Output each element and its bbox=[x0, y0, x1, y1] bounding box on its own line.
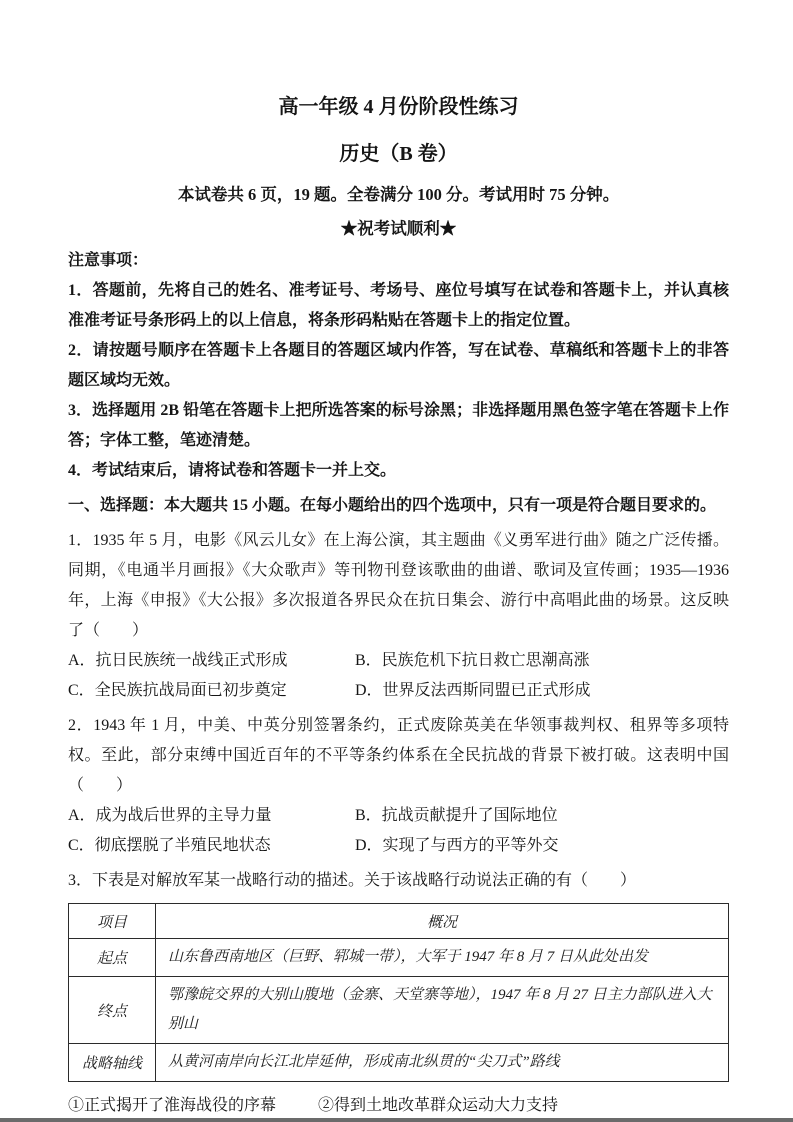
table-row-axis: 战略轴线 从黄河南岸向长江北岸延伸，形成南北纵贯的“尖刀式”路线 bbox=[69, 1044, 729, 1082]
question-1-option-d: D．世界反法西斯同盟已正式形成 bbox=[355, 676, 729, 706]
question-2-option-d: D．实现了与西方的平等外交 bbox=[355, 831, 729, 861]
table-row-label: 终点 bbox=[69, 977, 156, 1044]
notice-item-4: 4．考试结束后，请将试卷和答题卡一并上交。 bbox=[68, 456, 729, 486]
table-row-value: 从黄河南岸向长江北岸延伸，形成南北纵贯的“尖刀式”路线 bbox=[156, 1044, 729, 1082]
exam-content: 高一年级 4 月份阶段性练习 历史（B 卷） 本试卷共 6 页，19 题。全卷满… bbox=[0, 0, 793, 1121]
question-2: 2．1943 年 1 月，中美、中英分别签署条约，正式废除英美在华领事裁判权、租… bbox=[68, 711, 729, 861]
exam-title: 高一年级 4 月份阶段性练习 bbox=[68, 94, 729, 120]
table-row-value: 鄂豫皖交界的大别山腹地（金寨、天堂寨等地），1947 年 8 月 27 日主力部… bbox=[156, 977, 729, 1044]
table-row-start: 起点 山东鲁西南地区（巨野、郓城一带），大军于 1947 年 8 月 7 日从此… bbox=[69, 939, 729, 977]
table-header-overview: 概况 bbox=[156, 904, 729, 939]
question-3-stem: 3．下表是对解放军某一战略行动的描述。关于该战略行动说法正确的有（ ） bbox=[68, 866, 729, 896]
statement-1: ①正式揭开了淮海战役的序幕 bbox=[68, 1097, 276, 1114]
exam-info-line: 本试卷共 6 页，19 题。全卷满分 100 分。考试用时 75 分钟。 bbox=[68, 183, 729, 207]
exam-subject: 历史（B 卷） bbox=[68, 141, 729, 167]
question-3: 3．下表是对解放军某一战略行动的描述。关于该战略行动说法正确的有（ ） 项目 概… bbox=[68, 866, 729, 1121]
question-1-stem: 1．1935 年 5 月，电影《风云儿女》在上海公演，其主题曲《义勇军进行曲》随… bbox=[68, 526, 729, 646]
exam-wish-line: ★祝考试顺利★ bbox=[68, 217, 729, 241]
question-1-options: A．抗日民族统一战线正式形成 B．民族危机下抗日救亡思潮高涨 C．全民族抗战局面… bbox=[68, 646, 729, 706]
question-1: 1．1935 年 5 月，电影《风云儿女》在上海公演，其主题曲《义勇军进行曲》随… bbox=[68, 526, 729, 706]
notice-item-2: 2．请按题号顺序在答题卡上各题目的答题区域内作答，写在试卷、草稿纸和答题卡上的非… bbox=[68, 336, 729, 396]
question-2-options: A．成为战后世界的主导力量 B．抗战贡献提升了国际地位 C．彻底摆脱了半殖民地状… bbox=[68, 801, 729, 861]
exam-document: 高一年级 4 月份阶段性练习 历史（B 卷） 本试卷共 6 页，19 题。全卷满… bbox=[0, 0, 793, 1122]
table-row-label: 起点 bbox=[69, 939, 156, 977]
notice-item-1: 1．答题前，先将自己的姓名、准考证号、考场号、座位号填写在试卷和答题卡上，并认真… bbox=[68, 276, 729, 336]
question-2-stem: 2．1943 年 1 月，中美、中英分别签署条约，正式废除英美在华领事裁判权、租… bbox=[68, 711, 729, 801]
page-bottom-edge bbox=[0, 1118, 793, 1122]
question-1-option-a: A．抗日民族统一战线正式形成 bbox=[68, 646, 355, 676]
table-row-value: 山东鲁西南地区（巨野、郓城一带），大军于 1947 年 8 月 7 日从此处出发 bbox=[156, 939, 729, 977]
table-header-row: 项目 概况 bbox=[69, 904, 729, 939]
table-row-end: 终点 鄂豫皖交界的大别山腹地（金寨、天堂寨等地），1947 年 8 月 27 日… bbox=[69, 977, 729, 1044]
notice-item-3: 3．选择题用 2B 铅笔在答题卡上把所选答案的标号涂黑；非选择题用黑色签字笔在答… bbox=[68, 396, 729, 456]
question-2-option-b: B．抗战贡献提升了国际地位 bbox=[355, 801, 729, 831]
question-1-option-c: C．全民族抗战局面已初步奠定 bbox=[68, 676, 355, 706]
section-heading-choice: 一、选择题：本大题共 15 小题。在每小题给出的四个选项中，只有一项是符合题目要… bbox=[68, 491, 729, 521]
notices-heading: 注意事项： bbox=[68, 246, 729, 276]
statement-2: ②得到土地改革群众运动大力支持 bbox=[318, 1097, 558, 1114]
strategy-action-table: 项目 概况 起点 山东鲁西南地区（巨野、郓城一带），大军于 1947 年 8 月… bbox=[68, 903, 729, 1082]
question-1-option-b: B．民族危机下抗日救亡思潮高涨 bbox=[355, 646, 729, 676]
table-header-item: 项目 bbox=[69, 904, 156, 939]
question-3-statements: ①正式揭开了淮海战役的序幕 ②得到土地改革群众运动大力支持 bbox=[68, 1091, 729, 1121]
question-2-option-a: A．成为战后世界的主导力量 bbox=[68, 801, 355, 831]
table-row-label: 战略轴线 bbox=[69, 1044, 156, 1082]
notices-block: 注意事项： 1．答题前，先将自己的姓名、准考证号、考场号、座位号填写在试卷和答题… bbox=[68, 246, 729, 486]
question-2-option-c: C．彻底摆脱了半殖民地状态 bbox=[68, 831, 355, 861]
